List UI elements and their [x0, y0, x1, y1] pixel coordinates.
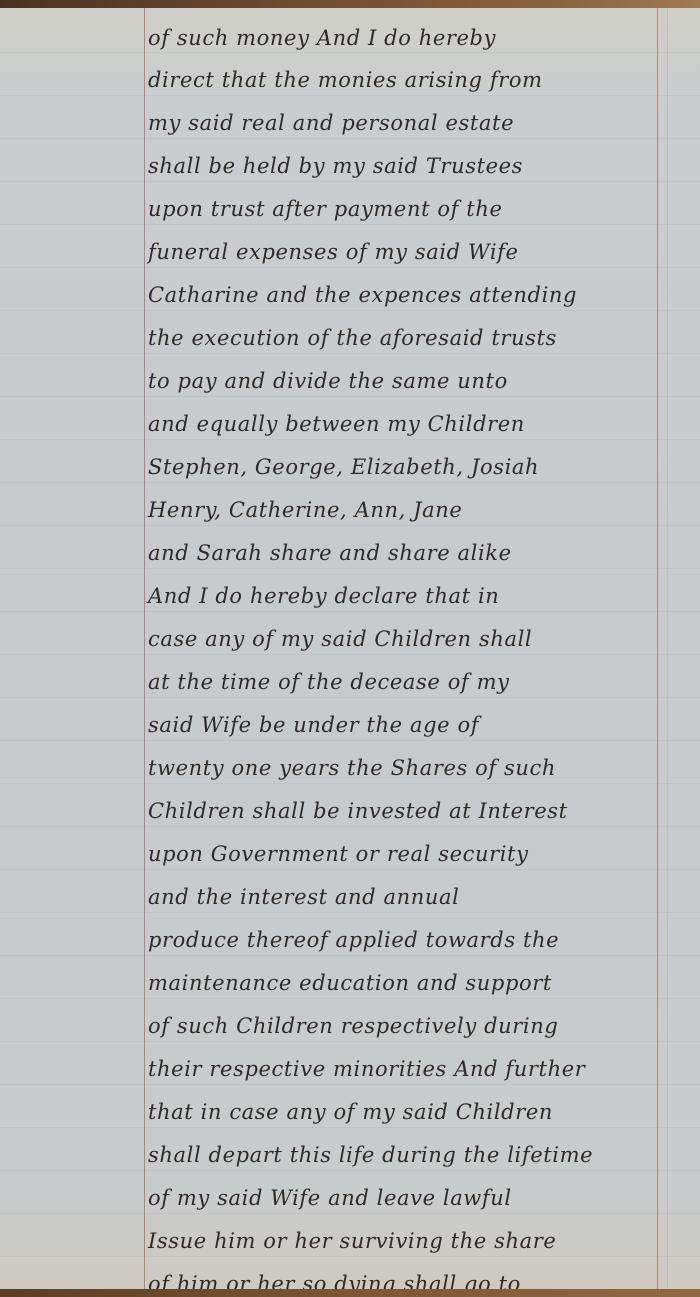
- text-line: their respective minorities And further: [148, 1057, 585, 1081]
- ruled-line: [0, 955, 700, 956]
- text-line: shall depart this life during the lifeti…: [148, 1143, 593, 1167]
- text-line: said Wife be under the age of: [148, 713, 479, 737]
- ruled-line: [0, 1084, 700, 1085]
- text-line: to pay and divide the same unto: [148, 369, 508, 393]
- ruled-line: [0, 525, 700, 526]
- text-line: and Sarah share and share alike: [148, 541, 512, 565]
- ruled-line: [0, 267, 700, 268]
- text-line: that in case any of my said Children: [148, 1100, 553, 1124]
- ruled-line: [0, 353, 700, 354]
- ruled-line: [0, 1127, 700, 1128]
- ruled-line: [0, 1041, 700, 1042]
- ruled-line: [0, 482, 700, 483]
- text-line: direct that the monies arising from: [148, 68, 543, 92]
- text-line: of such Children respectively during: [148, 1014, 558, 1038]
- ruled-line: [0, 869, 700, 870]
- text-line: Issue him or her surviving the share: [148, 1229, 556, 1253]
- ruled-line: [0, 740, 700, 741]
- text-line: And I do hereby declare that in: [148, 584, 499, 608]
- ruled-line: [0, 1213, 700, 1214]
- right-margin-rule-secondary: [667, 8, 668, 1290]
- ruled-line: [0, 611, 700, 612]
- ruled-line: [0, 396, 700, 397]
- ruled-line: [0, 826, 700, 827]
- left-margin-rule: [144, 8, 145, 1290]
- text-line: funeral expenses of my said Wife: [148, 240, 519, 264]
- ruled-line: [0, 224, 700, 225]
- text-line: Stephen, George, Elizabeth, Josiah: [148, 455, 539, 479]
- ruled-line: [0, 138, 700, 139]
- text-line: my said real and personal estate: [148, 111, 514, 135]
- right-margin-rule: [657, 8, 658, 1290]
- ruled-line: [0, 95, 700, 96]
- text-line: the execution of the aforesaid trusts: [148, 326, 557, 350]
- ruled-line: [0, 52, 700, 53]
- ruled-line: [0, 181, 700, 182]
- text-line: case any of my said Children shall: [148, 627, 532, 651]
- ruled-line: [0, 568, 700, 569]
- text-line: maintenance education and support: [148, 971, 552, 995]
- text-line: at the time of the decease of my: [148, 670, 510, 694]
- ruled-line: [0, 654, 700, 655]
- text-line: and equally between my Children: [148, 412, 525, 436]
- ruled-line: [0, 439, 700, 440]
- ruled-line: [0, 1170, 700, 1171]
- ledger-page: of such money And I do hereby direct tha…: [0, 8, 700, 1290]
- ruled-line: [0, 998, 700, 999]
- ruled-line: [0, 310, 700, 311]
- book-binding-bottom-edge: [0, 1289, 700, 1297]
- text-line: Catharine and the expences attending: [148, 283, 577, 307]
- text-line: Henry, Catherine, Ann, Jane: [148, 498, 462, 522]
- text-line: of him or her so dying shall go to: [148, 1272, 521, 1290]
- text-line: upon Government or real security: [148, 842, 529, 866]
- text-line: and the interest and annual: [148, 885, 459, 909]
- text-line: of such money And I do hereby: [148, 26, 496, 50]
- ruled-line: [0, 1256, 700, 1257]
- text-line: Children shall be invested at Interest: [148, 799, 568, 823]
- text-line: twenty one years the Shares of such: [148, 756, 556, 780]
- ruled-line: [0, 912, 700, 913]
- text-line: upon trust after payment of the: [148, 197, 502, 221]
- text-line: shall be held by my said Trustees: [148, 154, 523, 178]
- ruled-line: [0, 783, 700, 784]
- ruled-line: [0, 697, 700, 698]
- text-line: of my said Wife and leave lawful: [148, 1186, 512, 1210]
- text-line: produce thereof applied towards the: [148, 928, 559, 952]
